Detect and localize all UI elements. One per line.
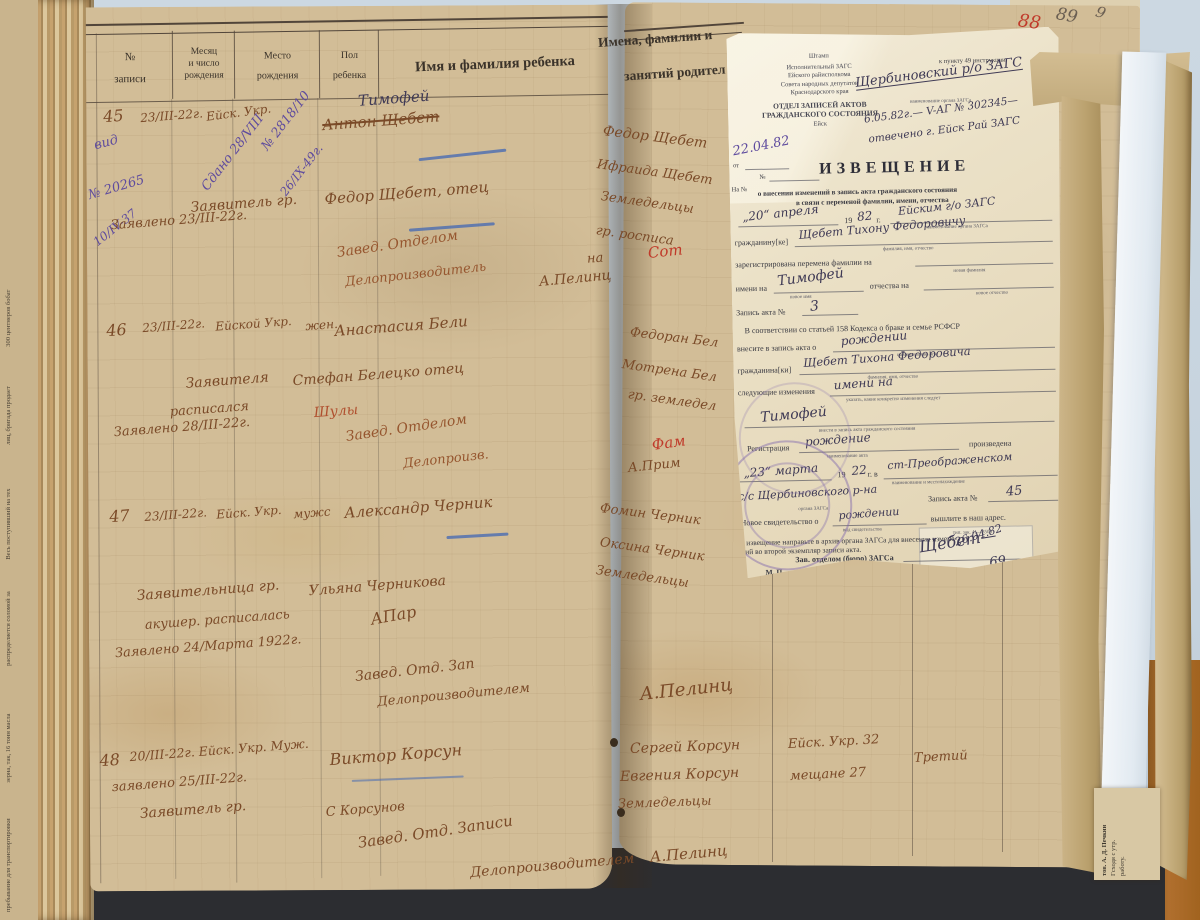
entry-45-official-1: Завед. Отделом — [336, 229, 459, 260]
entry-48-parents-3: Земледельцы — [618, 795, 712, 811]
header-place-line2: рождения — [236, 70, 319, 83]
header-sex-line1: Пол — [321, 50, 378, 63]
entry-47-sex: мужс — [293, 506, 331, 521]
newsprint-fragment: Весь поступивший на тех — [5, 489, 12, 560]
hw-changes: имени на — [833, 375, 893, 391]
label-place: наименование и местонахождение — [892, 480, 965, 487]
entry-47-official-1: Завед. Отд. Зап — [354, 657, 475, 684]
entry-48-parents-2: Евгения Корсун — [620, 766, 740, 784]
blank-line — [924, 287, 1054, 291]
newsprint-fragment: тов. А. Д. Печкин — [1100, 790, 1109, 876]
entry-45-date: 23/III-22г. — [140, 107, 203, 124]
hw-act-number-2: 45 — [1005, 484, 1023, 498]
produced-label: произведена — [969, 440, 1012, 449]
entry-48-col-age-2: мещане 27 — [790, 766, 867, 783]
entry-47-place: Ейск. Укр. — [216, 504, 282, 521]
label-new-name: новое имя — [790, 295, 812, 300]
registered-change-line: зарегистрирована перемена фамилии на — [735, 259, 872, 270]
patronymic-on-label: отчества на — [870, 282, 909, 291]
entry-46-declared: Заявлено 28/III-22г. — [113, 416, 250, 439]
header-bottom-rule — [86, 94, 608, 103]
entry-45-number: 45 — [103, 108, 125, 125]
label-fio: фамилия, имя, отчество — [883, 246, 934, 252]
binding-hole — [617, 808, 625, 817]
entry-48-parents-1: Сергей Корсун — [630, 738, 741, 756]
header-no-line1: № — [88, 51, 172, 65]
entry-45-name-crossed-out: Антон Щебет — [322, 109, 440, 133]
entry-47-number: 47 — [109, 508, 131, 525]
header-no-line2: записи — [88, 73, 172, 87]
entry-47-date: 23/III-22г. — [144, 506, 207, 523]
blank-line — [915, 263, 1053, 267]
entry-48-number: 48 — [99, 752, 121, 769]
blank-line — [774, 291, 864, 294]
blank-line — [884, 475, 1058, 480]
header-date-line2: и число — [174, 58, 234, 70]
page-number-89: 89 — [1055, 6, 1079, 26]
top-rule — [86, 16, 608, 26]
entry-46-number: 46 — [106, 322, 128, 339]
notice-from-label: от — [733, 163, 739, 170]
entry-46-name: Анастасия Бели — [334, 314, 468, 339]
blank-line — [988, 500, 1058, 502]
act-record-label: Запись акта № — [736, 308, 785, 317]
blank-line — [830, 391, 1056, 397]
right-col-line-2 — [912, 556, 913, 856]
entry-46-official-2: Делопроизв. — [402, 448, 489, 470]
label-specify-changes: указать, какие конкретно изменения следу… — [846, 396, 940, 403]
entry-48-applicant-signature: С Корсунов — [325, 800, 405, 819]
entry-47-declared: Заявлено 24/Марта 1922г. — [115, 633, 302, 660]
newsprint-fragment: зерна, так, 16 тонн масла — [5, 714, 12, 783]
entry-48-row: 20/III-22г. Ейск. Укр. Муж. — [129, 738, 309, 764]
header-col-place: Место рождения — [236, 50, 319, 82]
entry-47-applicant-name: Ульяна Черникова — [308, 574, 446, 598]
margin-note-purple-1: вид — [93, 134, 120, 153]
print-g-v: г. в — [868, 470, 878, 478]
col-line-1 — [172, 31, 173, 99]
entry-46-applicant-label: Заявителя — [185, 371, 269, 391]
entry-48-applicant-label: Заявитель гр. — [139, 799, 246, 821]
entry-46-date: 23/III-22г. — [142, 317, 205, 334]
header-date-line3: рождения — [174, 70, 234, 82]
hw-citizen-name: Щебет Тихону Федоровичу — [798, 215, 966, 242]
header-sex-line2: ребенка — [321, 69, 378, 82]
header-col-childname: Имя и фамилия ребенка — [382, 51, 609, 78]
entry-45-official-2: Делопроизводитель — [344, 261, 486, 289]
hw-new-name: Тимофей — [777, 266, 845, 288]
citizen2-label: гражданина[ки] — [737, 366, 791, 375]
entry-46-red-word: Шулы — [313, 403, 358, 420]
notice-no-label: № — [759, 175, 765, 182]
entry-45-applicant-name: Федор Щебет, отец — [324, 180, 489, 207]
hw-registration-place: ст-Преображенском — [887, 451, 1013, 471]
col-line-4 — [378, 30, 379, 98]
newsprint-fragment: работу. — [1118, 790, 1127, 876]
hw-registration-year: 22 — [851, 464, 867, 477]
newsprint-right-text: тов. А. Д. Печкин Гсходя с утр. работу. — [1100, 790, 1156, 876]
entry-47-official-2: Делопроизводителем — [377, 682, 531, 709]
entry-45-name-corrected: Тимофей — [358, 89, 430, 109]
hw-act-number: 3 — [809, 299, 819, 314]
page-number-red: 88 — [1017, 12, 1042, 33]
blue-pencil-underline — [446, 533, 508, 540]
act-record-label-2: Запись акта № — [928, 494, 977, 503]
name-on-label: имени на — [736, 285, 767, 294]
newsprint-fragment: Гсходя с утр. — [1109, 790, 1118, 876]
photo-of-registry-book: 88 89 9 пребывание для транспортировки з… — [0, 0, 1200, 920]
entry-47-line2: акушер. расписалась — [144, 608, 290, 632]
cover-strip-vertical — [1058, 96, 1104, 874]
entry-48-col-order: Третий — [914, 749, 968, 765]
certificate-line-2: вышлите в наш адрес. — [930, 514, 1005, 524]
entry-48-declared: заявлено 25/III-22г. — [111, 771, 247, 794]
right-col-line-3 — [1002, 556, 1003, 852]
insert-into-act-label: внесите в запись акта о — [737, 344, 816, 354]
notice-title: ИЗВЕЩЕНИЕ — [819, 158, 970, 177]
entry-47-name: Александр Черник — [344, 495, 493, 521]
newsprint-fragment: распределяется соломой за — [5, 591, 12, 666]
label-new-family: новая фамилия — [953, 268, 985, 274]
header-col-number: № записи — [88, 51, 172, 87]
citizen-label: гражданину[ке] — [735, 238, 789, 247]
entry-47-applicant-label: Заявительница гр. — [136, 578, 280, 603]
entry-46-place: Ейской Укр. — [215, 315, 292, 333]
right-col-line-1 — [772, 556, 773, 862]
hw-issue-day: „20“ апреля — [742, 203, 820, 223]
entry-45-red-fragment: Сот — [647, 242, 683, 261]
newsprint-fragment: пребывание для транспортировки — [5, 818, 12, 912]
top-rule-2 — [86, 26, 608, 35]
notice-onno-label: На № — [732, 187, 748, 194]
newsprint-fragment: 300 центнеров бобат — [5, 290, 12, 347]
header-place-line1: Место — [236, 50, 319, 63]
label-new-patronymic: новое отчество — [976, 291, 1008, 297]
entry-48-name: Виктор Корсун — [329, 742, 463, 768]
stamp-line-4: Краснодарского края — [740, 88, 900, 98]
blue-pencil-line — [352, 775, 464, 781]
header-col-sex: Пол ребенка — [321, 50, 378, 82]
col-line-2 — [234, 31, 235, 99]
col-line-3b — [317, 98, 322, 878]
hw-citizen2-name: Щебет Тихона Федоровича — [803, 346, 971, 370]
binding-hole — [610, 738, 618, 747]
blank-line — [799, 369, 1055, 375]
label-certificate-type: вид свидетельства — [843, 527, 882, 533]
blue-pencil-underline — [419, 149, 507, 162]
header-date-line1: Месяц — [174, 47, 234, 59]
entry-46-official-1: Завед. Отделом — [345, 412, 468, 443]
entry-47-inline-signature: АПар — [369, 604, 417, 628]
register-left-page: № записи Месяц и число рождения Место ро… — [86, 5, 613, 892]
notice-document: Штамп Исполнительный ЗАГС Ейского райисп… — [726, 27, 1069, 579]
header-col-date: Месяц и число рождения — [174, 47, 234, 83]
newsprint-fragment: лиц, бригада продает — [5, 386, 12, 445]
col-line-3 — [319, 30, 320, 98]
newsprint-left-text: пребывание для транспортировки зерна, та… — [4, 7, 34, 912]
